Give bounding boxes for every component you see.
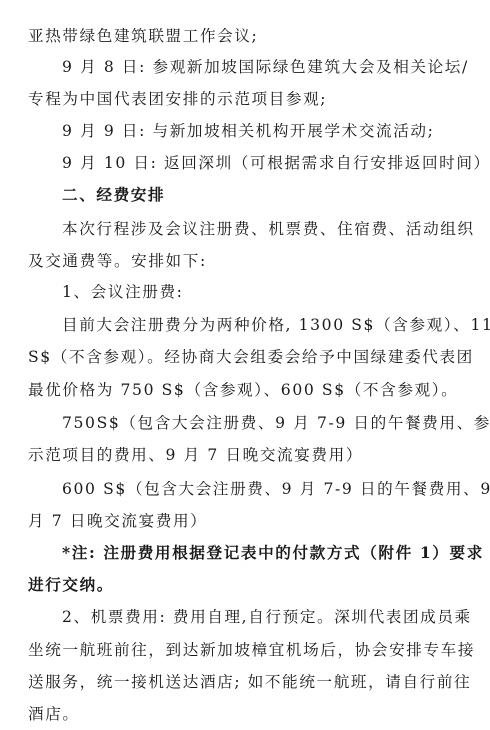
text-line: 亚热带绿色建筑联盟工作会议; xyxy=(28,26,258,46)
text-line: 750S$（包含大会注册费、9 月 7-9 日的午餐费用、参观 xyxy=(62,413,452,433)
text-line: 示范项目的费用、9 月 7 日晚交流宴费用） xyxy=(28,445,363,465)
text-line: 600 S$（包含大会注册费、9 月 7-9 日的午餐费用、9 xyxy=(62,479,452,499)
text-line: 本次行程涉及会议注册费、机票费、住宿费、活动组织 xyxy=(62,219,452,239)
subsection-heading: 1、会议注册费: xyxy=(62,282,184,302)
text-line: 月 7 日晚交流宴费用） xyxy=(28,511,207,531)
text-line: 坐统一航班前往，到达新加坡樟宜机场后，协会安排专车接 xyxy=(28,640,452,660)
text-line: 9 月 8 日: 参观新加坡国际绿色建筑大会及相关论坛/ xyxy=(62,57,452,77)
text-line: 专程为中国代表团安排的示范项目参观; xyxy=(28,89,327,109)
note-line: 进行交纳。 xyxy=(28,575,114,595)
text-line: 酒店。 xyxy=(28,704,80,724)
section-heading: 二、经费安排 xyxy=(62,185,165,205)
text-line: 9 月 10 日: 返回深圳（可根据需求自行安排返回时间） xyxy=(62,153,452,173)
note-line: *注: 注册费用根据登记表中的付款方式（附件 1）要求 xyxy=(62,543,452,563)
subsection-heading: 2、机票费用: 费用自理,自行预定。深圳代表团成员乘 xyxy=(62,607,452,627)
text-line: 最优价格为 750 S$（含参观）、600 S$（不含参观）。 xyxy=(28,380,458,400)
text-line: S$（不含参观）。经协商大会组委会给予中国绿建委代表团 xyxy=(28,347,452,367)
text-line: 9 月 9 日: 与新加坡相关机构开展学术交流活动; xyxy=(62,121,434,141)
text-line: 及交通费等。安排如下: xyxy=(28,251,207,271)
text-line: 送服务，统一接机送达酒店; 如不能统一航班，请自行前往 xyxy=(28,672,452,692)
text-line: 目前大会注册费分为两种价格, 1300 S$（含参观）、1150 xyxy=(62,315,452,335)
